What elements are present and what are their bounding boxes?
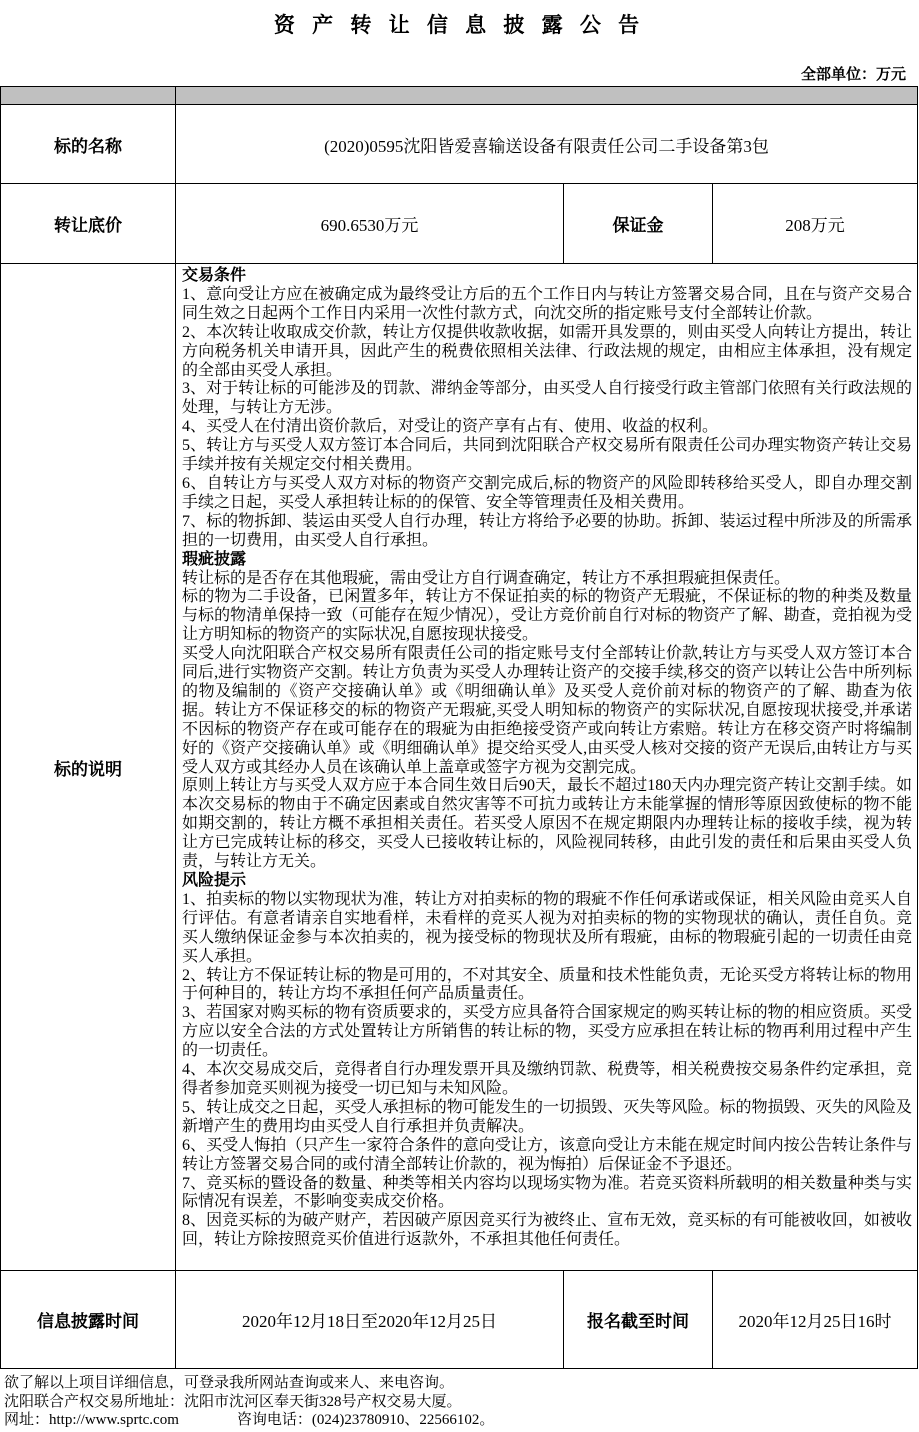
floor-price-label: 转让底价 — [1, 184, 176, 264]
page-title: 资 产 转 让 信 息 披 露 公 告 — [0, 0, 919, 39]
description-paragraph: 4、买受人在付清出资价款后，对受让的资产享有占有、使用、收益的权利。 — [182, 418, 912, 437]
table-header-right-cell — [176, 87, 918, 105]
phone-label: 咨询电话： — [237, 1411, 312, 1430]
unit-note: 全部单位：万元 — [801, 63, 906, 84]
subject-description-content: 交易条件1、意向受让方应在被确定成为最终受让方后的五个工作日内与转让方签署交易合… — [176, 264, 918, 1271]
announcement-page: 资 产 转 让 信 息 披 露 公 告 全部单位：万元 标的名称 (2020)0… — [0, 0, 919, 1432]
description-paragraph: 1、意向受让方应在被确定成为最终受让方后的五个工作日内与转让方签署交易合同，且在… — [182, 286, 912, 324]
description-paragraph: 标的物为二手设备，已闲置多年，转让方不保证拍卖的标的物资产无瑕疵，不保证标的物的… — [182, 588, 912, 645]
description-paragraph: 原则上转让方与买受人双方应于本合同生效日后90天，最长不超过180天内办理完资产… — [182, 777, 912, 872]
description-paragraph: 8、因竞买标的为破产财产，若因破产原因竞买行为被终止、宣布无效，竞买标的有可能被… — [182, 1212, 912, 1250]
description-paragraph: 2、转让方不保证转让标的物是可用的，不对其安全、质量和技术性能负责，无论买受方将… — [182, 967, 912, 1005]
registration-deadline-label: 报名截至时间 — [564, 1271, 713, 1369]
description-paragraph: 3、对于转让标的可能涉及的罚款、滞纳金等部分，由买受人自行接受行政主管部门依照有… — [182, 380, 912, 418]
description-paragraph: 3、若国家对购买标的物有资质要求的，买受方应具备符合国家规定的购买转让标的物的相… — [182, 1004, 912, 1061]
description-paragraph: 转让标的是否存在其他瑕疵，需由受让方自行调查确定，转让方不承担瑕疵担保责任。 — [182, 570, 912, 589]
description-paragraph: 5、转让成交之日起，买受人承担标的物可能发生的一切损毁、灭失等风险。标的物损毁、… — [182, 1099, 912, 1137]
disclosure-table: 标的名称 (2020)0595沈阳皆爱喜输送设备有限责任公司二手设备第3包 转让… — [0, 86, 918, 1369]
footer-line-info: 欲了解以上项目详细信息，可登录我所网站查询或来人、来电咨询。 — [4, 1374, 494, 1393]
description-paragraph: 4、本次交易成交后，竞得者自行办理发票开具及缴纳罚款、税费等，相关税费按交易条件… — [182, 1061, 912, 1099]
disclosure-period-label: 信息披露时间 — [1, 1271, 176, 1369]
description-section-heading: 交易条件 — [182, 267, 912, 286]
description-paragraph: 5、转让方与买受人双方签订本合同后，共同到沈阳联合产权交易所有限责任公司办理实物… — [182, 437, 912, 475]
footer: 欲了解以上项目详细信息，可登录我所网站查询或来人、来电咨询。 沈阳联合产权交易所… — [4, 1374, 494, 1430]
disclosure-period-value: 2020年12月18日至2020年12月25日 — [176, 1271, 564, 1369]
description-paragraph: 7、竞买标的暨设备的数量、种类等相关内容均以现场实物为准。若竞买资料所载明的相关… — [182, 1175, 912, 1213]
floor-price-value: 690.6530万元 — [176, 184, 564, 264]
description-paragraph: 2、本次转让收取成交价款，转让方仅提供收款收据，如需开具发票的，则由买受人向转让… — [182, 324, 912, 381]
description-paragraph: 买受人向沈阳联合产权交易所有限责任公司的指定账号支付全部转让价款,转让方与买受人… — [182, 645, 912, 777]
description-section-heading: 风险提示 — [182, 872, 912, 891]
description-paragraph: 7、标的物拆卸、装运由买受人自行办理，转让方将给予必要的协助。拆卸、装运过程中所… — [182, 513, 912, 551]
website-value: http://www.sprtc.com — [49, 1411, 179, 1430]
registration-deadline-value: 2020年12月25日16时 — [713, 1271, 918, 1369]
deposit-value: 208万元 — [713, 184, 918, 264]
subject-name-value: (2020)0595沈阳皆爱喜输送设备有限责任公司二手设备第3包 — [176, 105, 918, 184]
deposit-label: 保证金 — [564, 184, 713, 264]
description-paragraph: 6、买受人悔拍（只产生一家符合条件的意向受让方，该意向受让方未能在规定时间内按公… — [182, 1137, 912, 1175]
footer-line-contact: 网址：http://www.sprtc.com咨询电话：(024)2378091… — [4, 1411, 494, 1430]
description-paragraph: 6、自转让方与买受人双方对标的物资产交割完成后,标的物资产的风险即转移给买受人，… — [182, 475, 912, 513]
table-header-left-cell — [1, 87, 176, 105]
footer-line-address: 沈阳联合产权交易所地址：沈阳市沈河区奉天街328号产权交易大厦。 — [4, 1393, 494, 1412]
website-label: 网址： — [4, 1411, 49, 1430]
subject-description-label: 标的说明 — [1, 264, 176, 1271]
description-section-heading: 瑕疵披露 — [182, 551, 912, 570]
description-paragraph: 1、拍卖标的物以实物现状为准，转让方对拍卖标的物的瑕疵不作任何承诺或保证，相关风… — [182, 891, 912, 967]
subject-name-label: 标的名称 — [1, 105, 176, 184]
phone-value: (024)23780910、22566102。 — [312, 1411, 495, 1430]
